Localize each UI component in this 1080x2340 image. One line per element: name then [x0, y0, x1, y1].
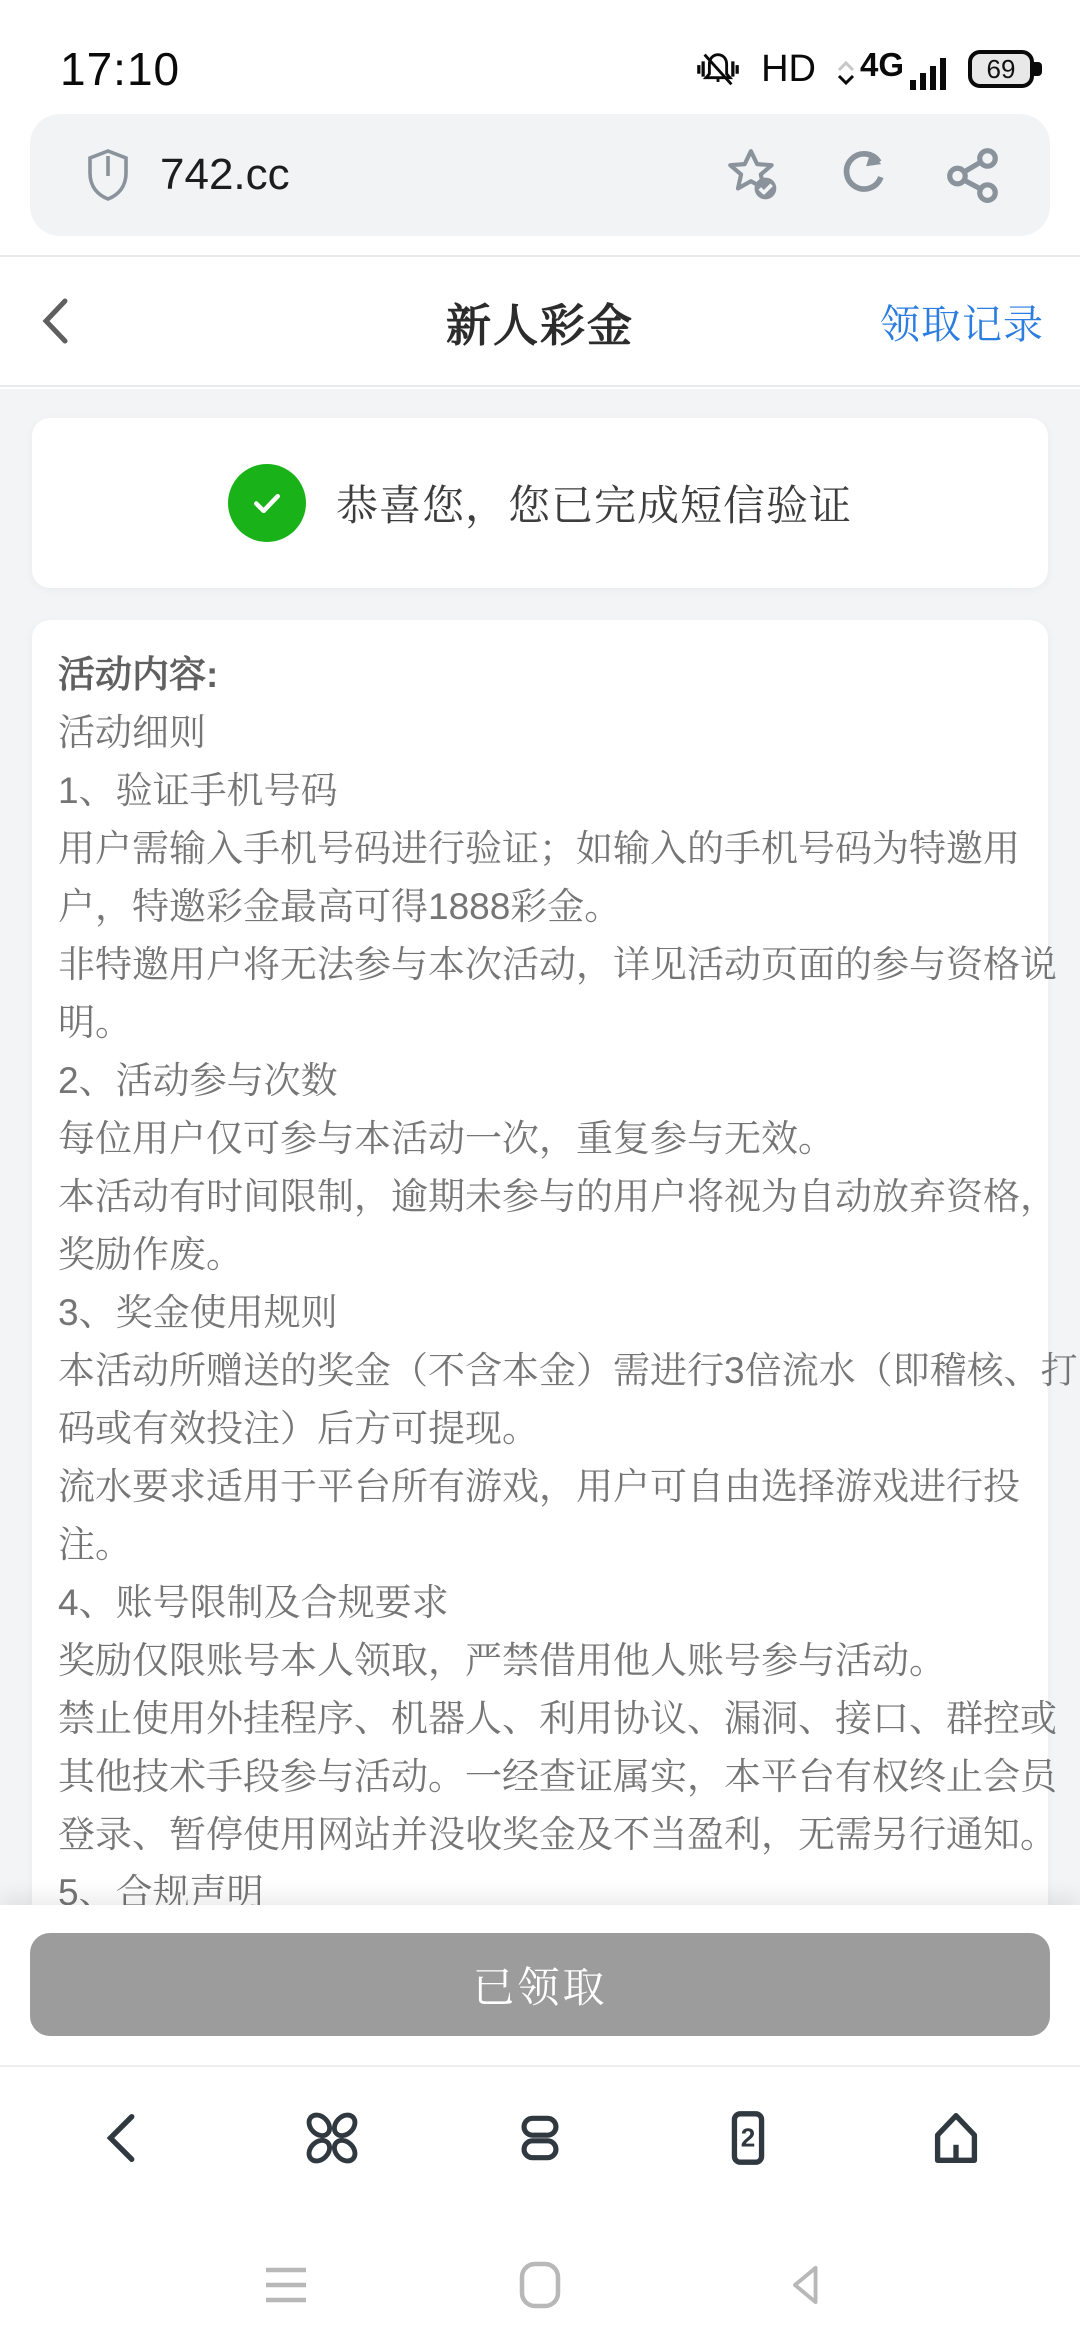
- url-bar[interactable]: 742.cc: [30, 114, 1050, 236]
- rule-line: 1、验证手机号码: [58, 762, 1028, 820]
- rule-line: 登录、暂停使用网站并没收奖金及不当盈利，无需另行通知。: [58, 1806, 1028, 1864]
- nav-menu-lines-icon[interactable]: [226, 2230, 346, 2340]
- network-type-label: 4G: [860, 46, 904, 84]
- clock: 17:10: [60, 42, 180, 96]
- url-text[interactable]: 742.cc: [160, 150, 724, 200]
- signal-bars-icon: 4G: [836, 46, 948, 92]
- check-circle-icon: [228, 464, 306, 542]
- shield-icon[interactable]: [86, 148, 130, 202]
- phone-screen: 17:10 HD 4G: [0, 0, 1080, 2340]
- rule-line: 码或有效投注）后方可提现。: [58, 1400, 1028, 1458]
- rule-line: 流水要求适用于平台所有游戏，用户可自由选择游戏进行投: [58, 1458, 1028, 1516]
- claim-history-link[interactable]: 领取记录: [880, 257, 1044, 385]
- rule-line: 注。: [58, 1516, 1028, 1574]
- battery-icon: 69: [968, 48, 1046, 90]
- nav-back-triangle-icon[interactable]: [747, 2230, 867, 2340]
- rule-line: 禁止使用外挂程序、机器人、利用协议、漏洞、接口、群控或: [58, 1690, 1028, 1748]
- star-check-icon[interactable]: [724, 146, 782, 204]
- rule-line: 其他技术手段参与活动。一经查证属实，本平台有权终止会员: [58, 1748, 1028, 1806]
- rule-line: 奖励仅限账号本人领取，严禁借用他人账号参与活动。: [58, 1632, 1028, 1690]
- browser-back-icon[interactable]: [64, 2107, 184, 2169]
- rule-line: 2、活动参与次数: [58, 1052, 1028, 1110]
- volte-hd-label: HD: [761, 48, 816, 91]
- rules-heading: 活动内容:: [58, 646, 1028, 704]
- svg-text:2: 2: [741, 2123, 756, 2153]
- rule-line: 明。: [58, 994, 1028, 1052]
- rule-line: 3、奖金使用规则: [58, 1284, 1028, 1342]
- activity-rules-card: 活动内容: 活动细则1、验证手机号码用户需输入手机号码进行验证；如输入的手机号码…: [32, 620, 1048, 1905]
- share-icon[interactable]: [944, 146, 1002, 204]
- rule-line: 非特邀用户将无法参与本次活动，详见活动页面的参与资格说: [58, 936, 1028, 994]
- browser-toolbar: 2: [0, 2065, 1080, 2230]
- rules-text: 活动细则1、验证手机号码用户需输入手机号码进行验证；如输入的手机号码为特邀用户，…: [58, 704, 1028, 1905]
- sms-verified-banner: 恭喜您，您已完成短信验证: [32, 418, 1048, 588]
- rule-line: 户，特邀彩金最高可得1888彩金。: [58, 878, 1028, 936]
- footer-bar: 已领取: [0, 1905, 1080, 2065]
- rule-line: 4、账号限制及合规要求: [58, 1574, 1028, 1632]
- home-icon[interactable]: [896, 2107, 1016, 2169]
- status-icons: HD 4G 69: [695, 46, 1046, 92]
- rule-line: 本活动所赠送的奖金（不含本金）需进行3倍流水（即稽核、打: [58, 1342, 1028, 1400]
- nav-home-pill-icon[interactable]: [480, 2230, 600, 2340]
- rule-line: 本活动有时间限制，逾期未参与的用户将视为自动放弃资格，: [58, 1168, 1028, 1226]
- rule-line: 用户需输入手机号码进行验证；如输入的手机号码为特邀用: [58, 820, 1028, 878]
- signal-strength-bars: [908, 52, 948, 92]
- browser-url-region: 742.cc: [0, 112, 1080, 255]
- claimed-button[interactable]: 已领取: [30, 1933, 1050, 2036]
- vibrate-muted-icon: [695, 46, 741, 92]
- clover-menu-icon[interactable]: [272, 2107, 392, 2169]
- page-content: 恭喜您，您已完成短信验证 活动内容: 活动细则1、验证手机号码用户需输入手机号码…: [0, 389, 1080, 1905]
- window-count-icon[interactable]: 2: [688, 2107, 808, 2169]
- android-nav-bar: [0, 2230, 1080, 2340]
- tabs-icon[interactable]: [480, 2107, 600, 2169]
- back-button[interactable]: [40, 257, 70, 385]
- page-header: 新人彩金 领取记录: [0, 255, 1080, 387]
- rule-line: 5、合规声明: [58, 1864, 1028, 1905]
- battery-percent: 69: [987, 54, 1016, 85]
- refresh-icon[interactable]: [834, 146, 892, 204]
- rule-line: 每位用户仅可参与本活动一次，重复参与无效。: [58, 1110, 1028, 1168]
- rule-line: 奖励作废。: [58, 1226, 1028, 1284]
- success-message: 恭喜您，您已完成短信验证: [336, 473, 852, 533]
- rule-line: 活动细则: [58, 704, 1028, 762]
- status-bar: 17:10 HD 4G: [0, 0, 1080, 112]
